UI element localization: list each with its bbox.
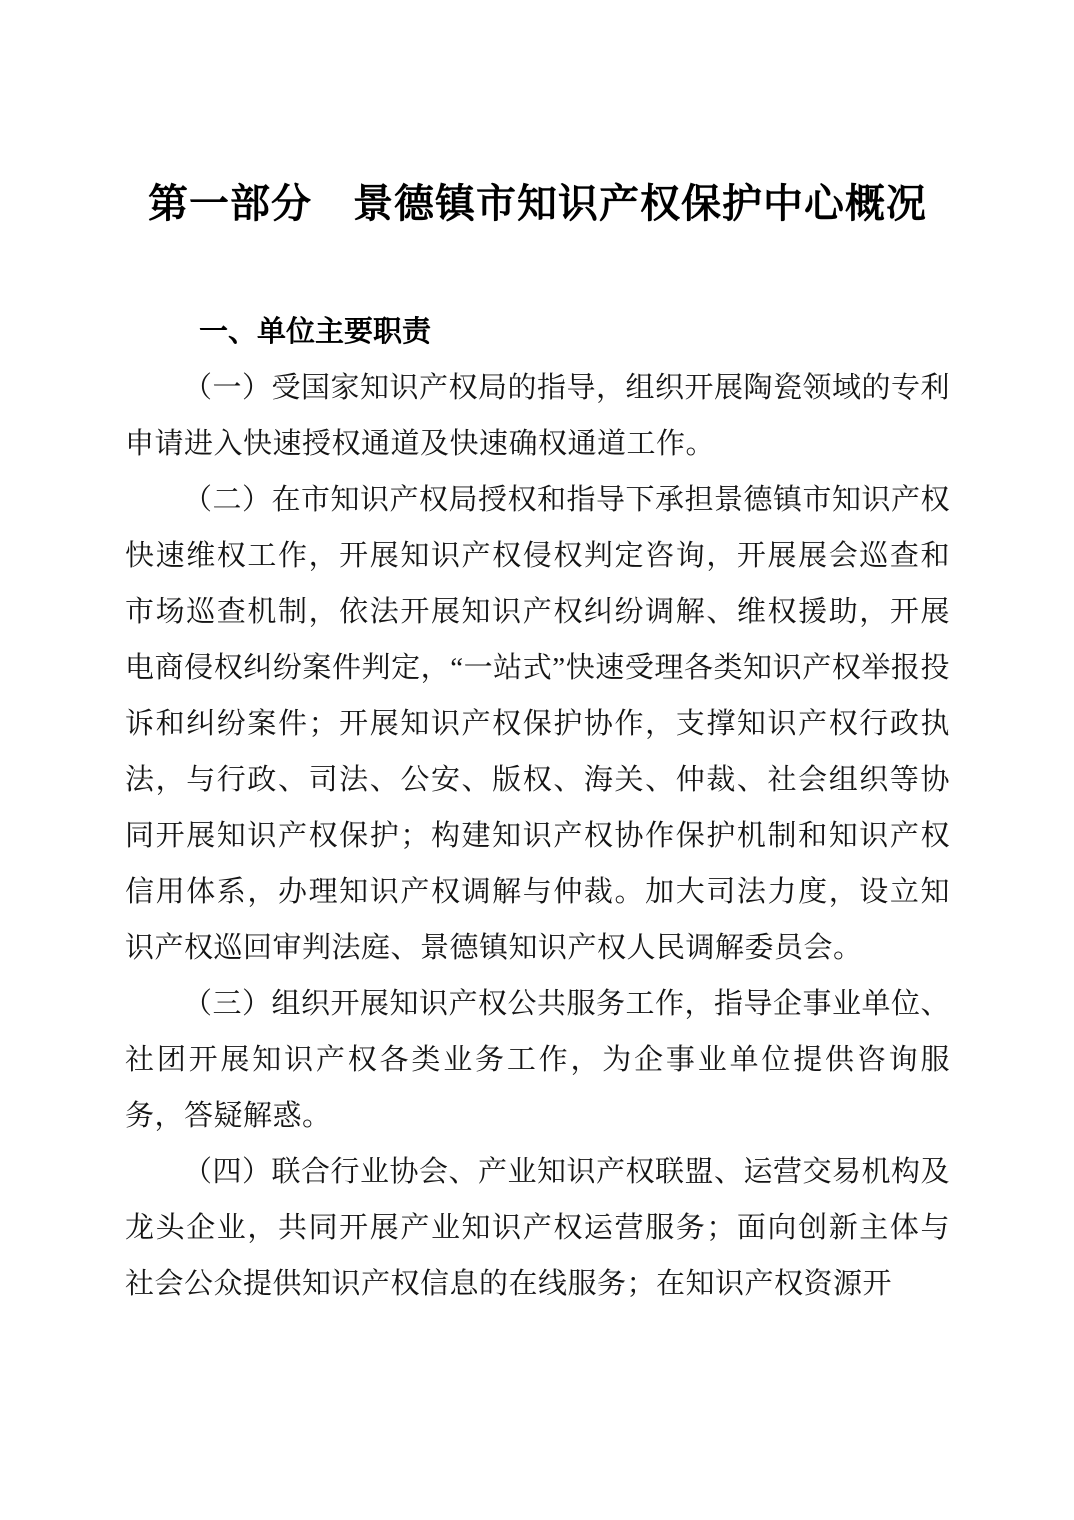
paragraph: （二）在市知识产权局授权和指导下承担景德镇市知识产权快速维权工作，开展知识产权侵… <box>125 472 950 976</box>
paragraph: （一）受国家知识产权局的指导，组织开展陶瓷领域的专利申请进入快速授权通道及快速确… <box>125 360 950 472</box>
document-body: （一）受国家知识产权局的指导，组织开展陶瓷领域的专利申请进入快速授权通道及快速确… <box>125 360 950 1312</box>
page-title: 第一部分 景德镇市知识产权保护中心概况 <box>125 180 950 228</box>
document-page: 第一部分 景德镇市知识产权保护中心概况 一、单位主要职责 （一）受国家知识产权局… <box>0 0 1074 1520</box>
paragraph: （四）联合行业协会、产业知识产权联盟、运营交易机构及龙头企业，共同开展产业知识产… <box>125 1144 950 1312</box>
section-heading: 一、单位主要职责 <box>125 304 950 360</box>
paragraph: （三）组织开展知识产权公共服务工作，指导企事业单位、社团开展知识产权各类业务工作… <box>125 976 950 1144</box>
